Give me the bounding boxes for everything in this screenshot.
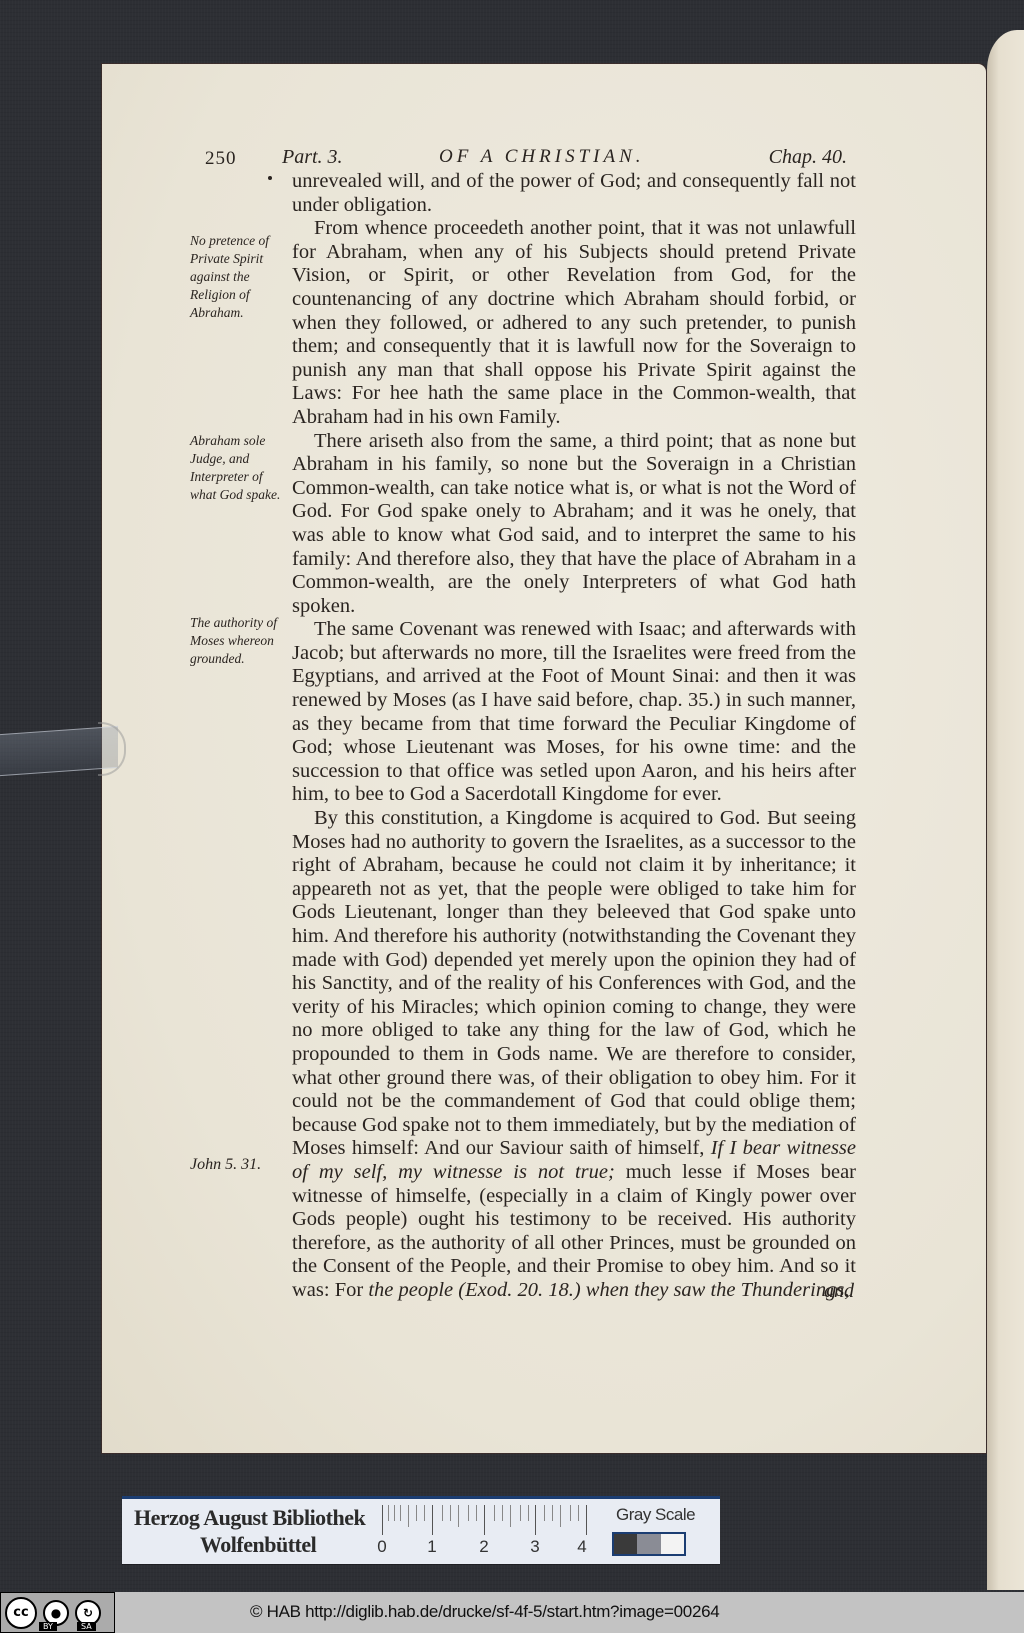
sidenote-abraham-judge: Abraham sole Judge, and Interpreter of w…	[190, 432, 284, 504]
ruler: 0 1 2 3 4	[382, 1505, 592, 1555]
page-number: 250	[205, 148, 237, 170]
cc-by-sa-badge[interactable]: cc ● ↻ BY SA	[0, 1592, 115, 1633]
institution-city: Wolfenbüttel	[200, 1532, 316, 1558]
swatch-mid	[637, 1534, 660, 1554]
bullet-mark-icon	[268, 176, 272, 180]
swatch-light	[661, 1534, 684, 1554]
sidenote-authority-moses: The authority of Moses whereon grounded.	[190, 614, 284, 668]
part-label: Part. 3.	[282, 146, 343, 169]
sa-label: SA	[77, 1622, 96, 1631]
running-header: 250 Part. 3. OF A CHRISTIAN. Chap. 40.	[205, 146, 845, 172]
ruler-label-1: 1	[427, 1537, 436, 1557]
by-label: BY	[39, 1622, 57, 1631]
license-bar: cc ● ↻ BY SA © HAB http://diglib.hab.de/…	[0, 1592, 1024, 1633]
ruler-label-3: 3	[530, 1537, 539, 1557]
gray-scale-label: Gray Scale	[616, 1505, 695, 1525]
gray-scale-swatches	[612, 1532, 686, 1556]
swatch-dark	[614, 1534, 637, 1554]
catchword: and	[824, 1280, 854, 1303]
chapter-label: Chap. 40.	[769, 146, 847, 169]
adjacent-page-edge	[987, 30, 1024, 1590]
sidenote-john-reference: John 5. 31.	[190, 1156, 284, 1174]
color-scale-bar: Herzog August Bibliothek Wolfenbüttel 0 …	[122, 1496, 720, 1564]
running-title: OF A CHRISTIAN.	[439, 146, 645, 168]
exodus-reference: Exod. 20. 18.	[465, 1279, 574, 1301]
closing-quote-b: ) when they saw the Thunderings,	[574, 1279, 850, 1301]
cc-icon: cc	[5, 1597, 37, 1629]
closing-quote-a: the people (	[368, 1279, 465, 1301]
ruler-label-4: 4	[577, 1537, 586, 1557]
paragraph-3: There ariseth also from the same, a thir…	[292, 430, 856, 619]
sidenote-private-spirit: No pretence of Private Spirit against th…	[190, 232, 284, 322]
paragraph-2: From whence proceedeth another point, th…	[292, 217, 856, 429]
ruler-label-2: 2	[479, 1537, 488, 1557]
paragraph-5-text-a: By this constitution, a Kingdome is acqu…	[292, 807, 856, 1159]
body-text: unrevealed will, and of the power of God…	[292, 170, 856, 1303]
paragraph-5: By this constitution, a Kingdome is acqu…	[292, 807, 856, 1302]
institution-name: Herzog August Bibliothek	[134, 1505, 365, 1531]
paragraph-4: The same Covenant was renewed with Isaac…	[292, 618, 856, 807]
paragraph-1: unrevealed will, and of the power of God…	[292, 170, 856, 217]
ruler-label-0: 0	[377, 1537, 386, 1557]
attribution-link[interactable]: © HAB http://diglib.hab.de/drucke/sf-4f-…	[250, 1602, 719, 1622]
